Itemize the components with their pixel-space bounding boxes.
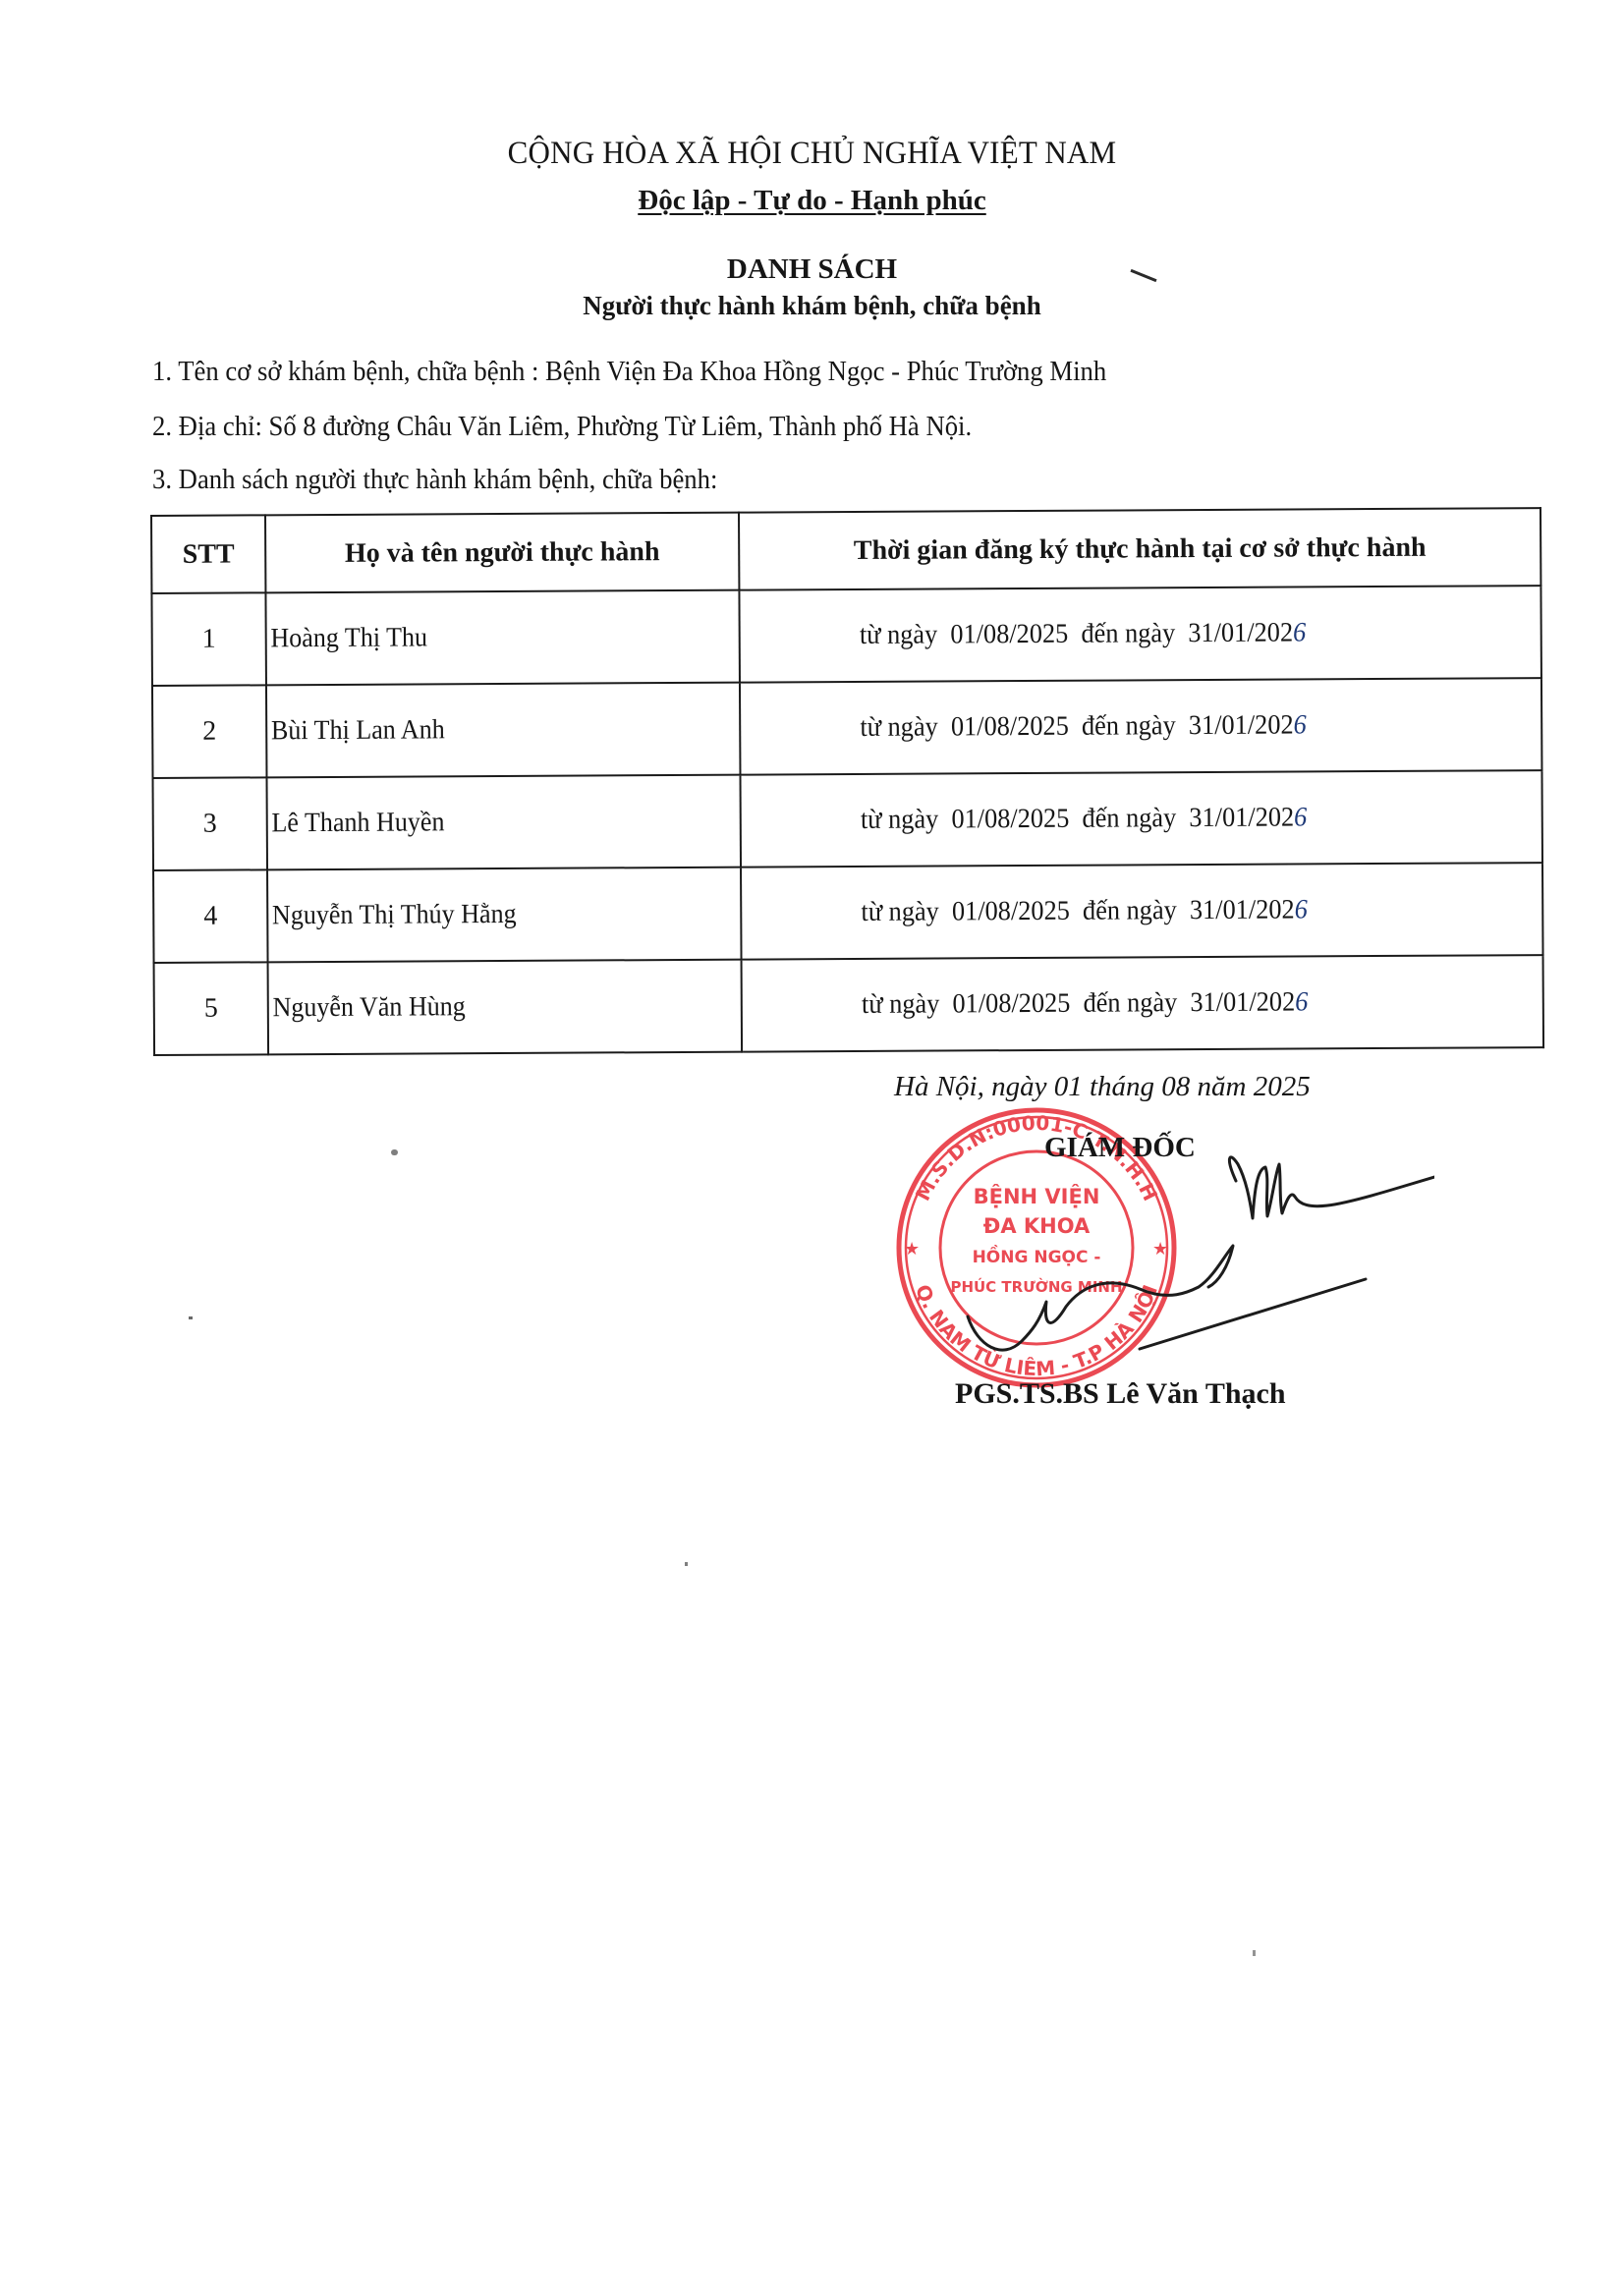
row-period: từ ngày 01/08/2025 đến ngày 31/01/2026 [739, 586, 1541, 683]
row-practitioner-name: Nguyễn Thị Thúy Hằng [267, 868, 742, 963]
row-stt: 5 [154, 962, 269, 1055]
row-period: từ ngày 01/08/2025 đến ngày 31/01/2026 [742, 955, 1544, 1052]
period-text: từ ngày 01/08/2025 đến ngày 31/01/2026 [759, 894, 1308, 928]
period-handwritten-digit: 6 [1294, 709, 1307, 740]
period-text: từ ngày 01/08/2025 đến ngày 31/01/2026 [758, 802, 1307, 836]
practitioner-table: STT Họ và tên người thực hành Thời gian … [150, 507, 1544, 1056]
period-handwritten-digit: 6 [1293, 617, 1306, 647]
row-stt: 3 [152, 777, 267, 870]
row-practitioner-name: Lê Thanh Huyền [266, 775, 741, 870]
column-header-stt: STT [151, 515, 265, 593]
table-row: 5Nguyễn Văn Hùngtừ ngày 01/08/2025 đến n… [154, 955, 1544, 1055]
country-header: CỘNG HÒA XÃ HỘI CHỦ NGHĨA VIỆT NAM [49, 136, 1576, 172]
place-date: Hà Nội, ngày 01 tháng 08 năm 2025 [894, 1071, 1311, 1103]
scan-mark [1253, 1950, 1256, 1956]
row-period: từ ngày 01/08/2025 đến ngày 31/01/2026 [741, 863, 1543, 960]
scan-mark [391, 1149, 398, 1155]
table-row: 3Lê Thanh Huyềntừ ngày 01/08/2025 đến ng… [152, 770, 1542, 870]
period-text: từ ngày 01/08/2025 đến ngày 31/01/2026 [757, 617, 1306, 651]
address-line: 2. Địa chỉ: Số 8 đường Châu Văn Liêm, Ph… [152, 411, 972, 443]
practitioner-name-text: Hoàng Thị Thu [267, 622, 428, 654]
document-subtitle: Người thực hành khám bệnh, chữa bệnh [0, 291, 1624, 321]
period-printed: từ ngày 01/08/2025 đến ngày 31/01/202 [861, 895, 1294, 927]
period-printed: từ ngày 01/08/2025 đến ngày 31/01/202 [862, 987, 1295, 1020]
period-printed: từ ngày 01/08/2025 đến ngày 31/01/202 [861, 803, 1294, 835]
scan-mark [189, 1316, 193, 1319]
table-row: 4Nguyễn Thị Thúy Hằngtừ ngày 01/08/2025 … [153, 863, 1543, 963]
list-label: 3. Danh sách người thực hành khám bệnh, … [152, 464, 717, 496]
period-printed: từ ngày 01/08/2025 đến ngày 31/01/202 [860, 618, 1293, 650]
row-period: từ ngày 01/08/2025 đến ngày 31/01/2026 [740, 678, 1542, 775]
signer-name: PGS.TS.BS Lê Văn Thạch [955, 1377, 1286, 1411]
row-stt: 4 [153, 869, 268, 963]
table-row: 1Hoàng Thị Thutừ ngày 01/08/2025 đến ngà… [151, 586, 1541, 686]
practitioner-name-text: Nguyễn Thị Thúy Hằng [268, 899, 516, 931]
period-handwritten-digit: 6 [1295, 894, 1308, 924]
practitioner-name-text: Lê Thanh Huyền [268, 807, 445, 839]
row-stt: 1 [151, 592, 266, 686]
scan-mark [685, 1562, 688, 1566]
period-text: từ ngày 01/08/2025 đến ngày 31/01/2026 [760, 986, 1309, 1021]
document-title: DANH SÁCH [0, 253, 1624, 286]
column-header-name: Họ và tên người thực hành [265, 513, 739, 593]
row-practitioner-name: Hoàng Thị Thu [265, 590, 740, 686]
row-stt: 2 [152, 685, 267, 778]
table-header-row: STT Họ và tên người thực hành Thời gian … [151, 508, 1540, 593]
row-practitioner-name: Bùi Thị Lan Anh [266, 683, 741, 778]
period-handwritten-digit: 6 [1294, 802, 1307, 832]
row-practitioner-name: Nguyễn Văn Hùng [268, 960, 743, 1055]
practitioner-name-text: Bùi Thị Lan Anh [267, 714, 445, 747]
period-handwritten-digit: 6 [1295, 986, 1308, 1017]
practitioner-name-text: Nguyễn Văn Hùng [269, 991, 466, 1024]
period-text: từ ngày 01/08/2025 đến ngày 31/01/2026 [758, 709, 1307, 744]
facility-line: 1. Tên cơ sở khám bệnh, chữa bệnh : Bệnh… [152, 356, 1106, 388]
national-motto: Độc lập - Tự do - Hạnh phúc [0, 185, 1624, 217]
column-header-period: Thời gian đăng ký thực hành tại cơ sở th… [739, 508, 1540, 590]
handwritten-signature [884, 1120, 1434, 1375]
national-motto-text: Độc lập - Tự do - Hạnh phúc [638, 185, 986, 216]
table-row: 2Bùi Thị Lan Anhtừ ngày 01/08/2025 đến n… [152, 678, 1542, 778]
row-period: từ ngày 01/08/2025 đến ngày 31/01/2026 [740, 770, 1542, 868]
period-printed: từ ngày 01/08/2025 đến ngày 31/01/202 [860, 710, 1293, 743]
